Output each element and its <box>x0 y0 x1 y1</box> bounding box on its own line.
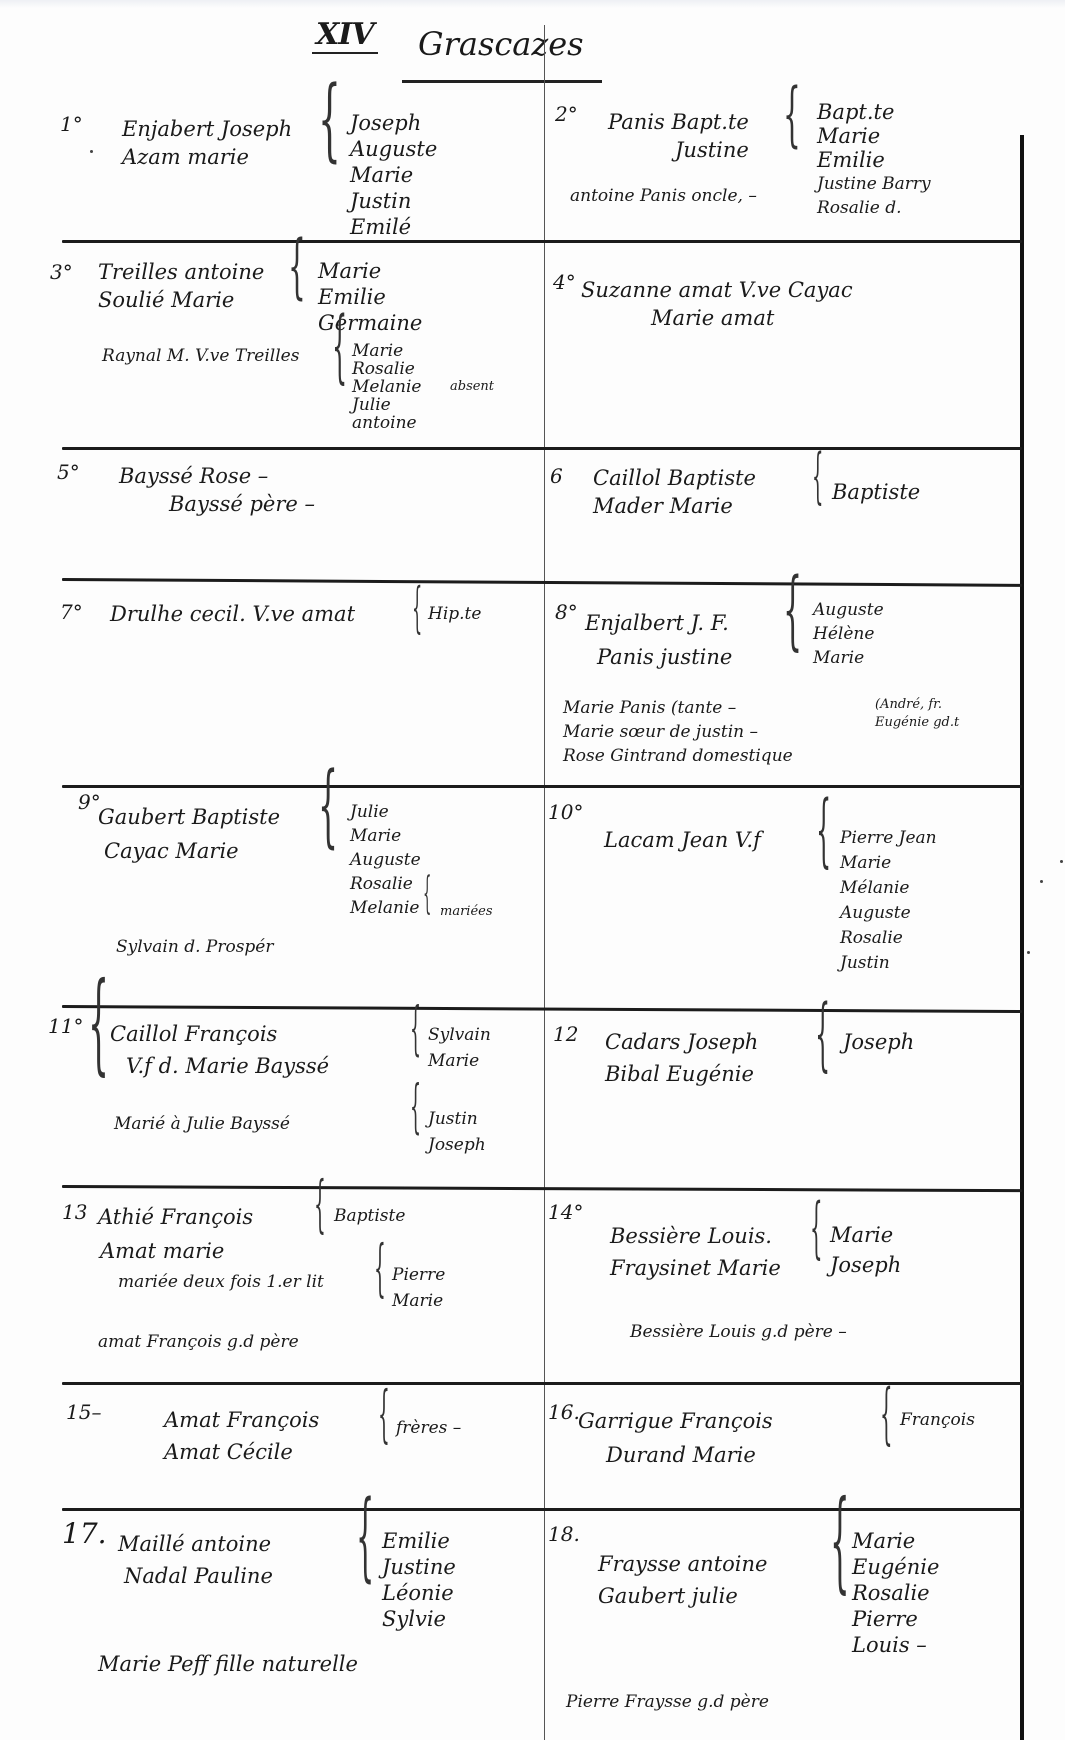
child-name: Marie <box>817 124 931 148</box>
household-entry-11: 11° { Caillol François V.f d. Marie Bays… <box>48 1012 540 1182</box>
parent-name: Bayssé père – <box>119 490 315 518</box>
child-name: Marie <box>318 258 422 284</box>
child-name: Hip.te <box>428 600 481 628</box>
children: Pierre Jean Marie Mélanie Auguste Rosali… <box>840 826 937 976</box>
parents: Lacam Jean V.f <box>604 826 761 854</box>
parent-name: Enjalbert J. F. <box>585 606 732 640</box>
second-children: Marie Rosalie Melanie Julie antoine <box>352 342 422 432</box>
parent-name: Athié François <box>98 1200 253 1234</box>
brace-icon: { <box>423 880 431 908</box>
child-name: Rosalie <box>352 360 422 378</box>
child-name: Marie <box>428 1048 491 1074</box>
household-entry-9: 9° Gaubert Baptiste Cayac Marie { Julie … <box>78 788 540 1000</box>
child-name: Rosalie <box>852 1580 939 1606</box>
entry-number: 4° <box>553 268 576 296</box>
child-name: Justine Barry <box>817 172 931 196</box>
parent-name: Amat Cécile <box>164 1436 319 1468</box>
child-name: Emilie <box>817 148 931 172</box>
scan-speck <box>1040 880 1043 883</box>
household-entry-1: 1° Enjabert Joseph Azam marie { Joseph A… <box>60 110 540 240</box>
children: François <box>900 1406 975 1434</box>
child-name: Joseph <box>830 1250 901 1280</box>
scan-speck <box>1060 860 1063 863</box>
brace-icon: { <box>816 816 831 844</box>
household-note: Pierre Fraysse g.d père <box>566 1688 769 1716</box>
child-name: Marie <box>352 342 422 360</box>
entry-number: 13 <box>62 1198 87 1226</box>
household-note: mariée deux fois 1.er lit <box>118 1268 324 1296</box>
child-name: François <box>900 1406 975 1434</box>
parent-name: Cadars Joseph <box>605 1026 758 1058</box>
children: Auguste Hélène Marie <box>813 598 884 670</box>
parents: Treilles antoine Soulié Marie <box>98 258 264 314</box>
child-name: Joseph <box>843 1028 914 1056</box>
child-name: Léonie <box>382 1580 456 1606</box>
parents: Suzanne amat V.ve Cayac Marie amat <box>581 276 853 332</box>
child-name: Marie <box>392 1288 445 1314</box>
children: Marie Eugénie Rosalie Pierre Louis – <box>852 1528 939 1658</box>
parents: Caillol Baptiste Mader Marie <box>593 464 756 520</box>
parent-name: Suzanne amat V.ve Cayac <box>581 276 853 304</box>
brace-icon: { <box>810 1214 823 1242</box>
parent-name: Bibal Eugénie <box>605 1058 758 1090</box>
child-name: frères – <box>396 1414 461 1442</box>
parent-name: Drulhe cecil. V.ve amat <box>110 600 355 628</box>
side-note: mariées <box>440 898 493 926</box>
child-name: Julie <box>352 396 422 414</box>
parent-name: Mader Marie <box>593 492 756 520</box>
row-divider <box>62 447 1022 450</box>
brace-icon: { <box>830 1526 850 1554</box>
children: Bapt.te Marie Emilie Justine Barry Rosal… <box>817 100 931 220</box>
child-name: Pierre <box>392 1262 445 1288</box>
household-entry-3: 3° Treilles antoine Soulié Marie { Marie… <box>50 258 540 443</box>
household-entry-7: 7° Drulhe cecil. V.ve amat { Hip.te <box>60 598 540 778</box>
register-page: XIV Grascazes 1° Enjabert Joseph Azam ma… <box>0 0 1065 1740</box>
entry-number: 7° <box>60 598 83 626</box>
note-line: (André, fr. <box>875 696 959 714</box>
household-notes: Marie Panis (tante – Marie sœur de justi… <box>563 696 793 768</box>
entry-number: 17. <box>62 1520 107 1548</box>
title-underline <box>402 80 602 83</box>
household-entry-5: 5° Bayssé Rose – Bayssé père – <box>57 458 537 573</box>
brace-icon: { <box>356 1522 374 1550</box>
parent-name: V.f d. Marie Bayssé <box>110 1050 329 1082</box>
child-name: Melanie <box>352 378 422 396</box>
household-entry-14: 14° Bessière Louis. Fraysinet Marie { Ma… <box>548 1198 1018 1378</box>
household-entry-4: 4° Suzanne amat V.ve Cayac Marie amat <box>553 268 1018 443</box>
household-entry-13: 13 Athié François Amat marie { Baptiste … <box>62 1198 540 1378</box>
brace-icon: { <box>812 462 823 490</box>
row-divider <box>62 1185 1022 1192</box>
entry-number: 11° <box>48 1012 83 1040</box>
child-name: Marie <box>813 646 884 670</box>
child-name: Auguste <box>350 136 437 162</box>
parents: Drulhe cecil. V.ve amat <box>110 600 355 628</box>
parents: Panis Bapt.te Justine <box>605 108 749 164</box>
brace-icon: { <box>314 1190 326 1218</box>
child-name: Sylvain <box>428 1022 491 1048</box>
parent-name: Caillol Baptiste <box>593 464 756 492</box>
child-name: Justin <box>428 1106 486 1132</box>
children: Baptiste <box>832 478 920 506</box>
child-name: Rosalie <box>350 872 421 896</box>
household-note: Raynal M. V.ve Treilles <box>102 342 299 370</box>
entry-number: 1° <box>60 110 83 138</box>
child-name: Baptiste <box>334 1202 405 1230</box>
household-note: Bessière Louis g.d père – <box>630 1318 847 1346</box>
brace-icon: { <box>815 1020 830 1048</box>
child-name: Emilie <box>382 1528 456 1554</box>
parent-name: Azam marie <box>122 143 292 171</box>
parent-name: Garrigue François <box>578 1404 773 1438</box>
note-line: Marie Panis (tante – <box>563 696 793 720</box>
children: Julie Marie Auguste Rosalie Melanie <box>350 800 421 920</box>
parents: Bayssé Rose – Bayssé père – <box>119 462 315 518</box>
brace-icon: { <box>318 792 338 820</box>
child-name: Joseph <box>428 1132 486 1158</box>
parent-name: Treilles antoine <box>98 258 264 286</box>
scan-speck <box>90 150 93 153</box>
scan-speck <box>1027 951 1030 954</box>
entry-number: 5° <box>57 458 80 486</box>
child-name: Pierre <box>852 1606 939 1632</box>
parents: Athié François Amat marie <box>98 1200 253 1268</box>
parent-name: Durand Marie <box>578 1438 773 1472</box>
row-divider <box>62 578 1022 587</box>
children: Joseph <box>843 1028 914 1056</box>
parent-name: Caillol François <box>110 1018 329 1050</box>
child-name: Marie <box>852 1528 939 1554</box>
child-name: Marie <box>350 162 437 188</box>
child-name: Baptiste <box>832 478 920 506</box>
parent-name: Fraysse antoine <box>598 1548 767 1580</box>
child-name: Bapt.te <box>817 100 931 124</box>
entry-number: 12 <box>553 1020 578 1048</box>
note-line: Eugénie gd.t <box>875 714 959 732</box>
parents: Amat François Amat Cécile <box>164 1404 319 1468</box>
right-border <box>1020 135 1024 1740</box>
child-name: Joseph <box>350 110 437 136</box>
entry-number: 18. <box>548 1520 580 1548</box>
child-name: Eugénie <box>852 1554 939 1580</box>
child-name: Marie <box>840 851 937 876</box>
row-divider <box>62 1508 1022 1511</box>
brace-icon: { <box>288 252 306 280</box>
parent-name: Marie amat <box>581 304 853 332</box>
brace-icon: { <box>783 596 802 624</box>
child-name: Emilé <box>350 214 437 240</box>
household-entry-2: 2° Panis Bapt.te Justine { Bapt.te Marie… <box>555 100 1020 240</box>
parents: Garrigue François Durand Marie <box>578 1404 773 1472</box>
parent-name: Gaubert julie <box>598 1580 767 1612</box>
child-name: Auguste <box>813 598 884 622</box>
household-note: amat François g.d père <box>98 1328 299 1356</box>
parent-name: Panis justine <box>585 640 732 674</box>
children: Sylvain Marie <box>428 1022 491 1074</box>
household-entry-18: 18. Fraysse antoine Gaubert julie { Mari… <box>548 1520 1018 1735</box>
household-entry-15: 15– Amat François Amat Cécile { frères – <box>66 1398 540 1503</box>
parents: Maillé antoine Nadal Pauline <box>118 1528 273 1592</box>
child-name: Louis – <box>852 1632 939 1658</box>
child-name: Justin <box>350 188 437 214</box>
second-children: Pierre Marie <box>392 1262 445 1314</box>
brace-icon: { <box>783 100 801 128</box>
child-name: Rosalie <box>840 926 937 951</box>
place-title: Grascazes <box>418 24 584 64</box>
child-name: antoine <box>352 414 422 432</box>
brace-icon: { <box>880 1400 893 1428</box>
parent-name: Justine <box>605 136 749 164</box>
brace-icon: { <box>88 1008 109 1036</box>
row-divider <box>62 240 1022 243</box>
household-entry-8: 8° Enjalbert J. F. Panis justine { Augus… <box>555 598 1020 783</box>
side-note: (André, fr. Eugénie gd.t <box>875 696 959 732</box>
entry-number: 10° <box>548 798 583 826</box>
parent-name: Maillé antoine <box>118 1528 273 1560</box>
entry-number: 14° <box>548 1198 583 1226</box>
row-divider <box>62 1382 1022 1385</box>
household-entry-12: 12 Cadars Joseph Bibal Eugénie { Joseph <box>553 1020 1018 1180</box>
child-name: Justin <box>840 951 937 976</box>
brace-icon: { <box>410 1092 421 1120</box>
children: Marie Joseph <box>830 1220 901 1280</box>
child-name: Rosalie d. <box>817 196 931 220</box>
entry-number: 6 <box>550 462 563 490</box>
brace-icon: { <box>410 1014 421 1042</box>
absent-note: absent <box>450 373 494 401</box>
note-line: Marie sœur de justin – <box>563 720 793 744</box>
parent-name: Enjabert Joseph <box>122 115 292 143</box>
parent-name: Bessière Louis. <box>610 1220 781 1252</box>
parent-name: Amat François <box>164 1404 319 1436</box>
entry-number: 8° <box>555 598 578 626</box>
child-name: Hélène <box>813 622 884 646</box>
household-note: Marié à Julie Bayssé <box>114 1110 290 1138</box>
parent-name: Nadal Pauline <box>118 1560 273 1592</box>
parents: Enjalbert J. F. Panis justine <box>585 606 732 674</box>
household-entry-16: 16. Garrigue François Durand Marie { Fra… <box>548 1398 1018 1503</box>
parents: Bessière Louis. Fraysinet Marie <box>610 1220 781 1284</box>
child-name: Auguste <box>840 901 937 926</box>
note-line: Rose Gintrand domestique <box>563 744 793 768</box>
child-name: Auguste <box>350 848 421 872</box>
parent-name: Bayssé Rose – <box>119 462 315 490</box>
children: Baptiste <box>334 1202 405 1230</box>
entry-number: 16. <box>548 1398 580 1426</box>
section-numeral: XIV <box>312 20 378 54</box>
parent-name: Lacam Jean V.f <box>604 826 761 854</box>
children: Hip.te <box>428 600 481 628</box>
child-name: Mélanie <box>840 876 937 901</box>
brace-icon: { <box>374 1254 386 1282</box>
entry-number: 15– <box>66 1398 101 1426</box>
parent-name: Panis Bapt.te <box>605 108 749 136</box>
brace-icon: { <box>378 1400 390 1428</box>
parents: Cadars Joseph Bibal Eugénie <box>605 1026 758 1090</box>
household-note: Marie Peff fille naturelle <box>98 1650 358 1678</box>
child-name: Justine <box>382 1554 456 1580</box>
parent-name: Gaubert Baptiste <box>98 800 280 834</box>
parents: Gaubert Baptiste Cayac Marie <box>98 800 280 868</box>
entry-number: 2° <box>555 100 578 128</box>
parent-name: Cayac Marie <box>98 834 280 868</box>
brace-icon: { <box>332 332 347 360</box>
child-name: Melanie <box>350 896 421 920</box>
children: frères – <box>396 1414 461 1442</box>
parent-name: Fraysinet Marie <box>610 1252 781 1284</box>
child-name: Marie <box>350 824 421 848</box>
child-name: Julie <box>350 800 421 824</box>
child-name: Pierre Jean <box>840 826 937 851</box>
entry-number: 3° <box>50 258 73 286</box>
child-name: Sylvie <box>382 1606 456 1632</box>
parents: Enjabert Joseph Azam marie <box>122 115 292 171</box>
column-divider <box>544 25 545 1740</box>
household-note: Sylvain d. Prospér <box>116 933 274 961</box>
brace-icon: { <box>412 594 422 622</box>
parent-name: Amat marie <box>98 1234 253 1268</box>
child-name: Marie <box>830 1220 901 1250</box>
parents: Caillol François V.f d. Marie Bayssé <box>110 1018 329 1082</box>
second-children: Justin Joseph <box>428 1106 486 1158</box>
scan-edge <box>0 0 1065 8</box>
parent-name: Soulié Marie <box>98 286 264 314</box>
household-entry-10: 10° Lacam Jean V.f { Pierre Jean Marie M… <box>548 798 1018 1003</box>
children: Joseph Auguste Marie Justin Emilé <box>350 110 437 240</box>
children: Emilie Justine Léonie Sylvie <box>382 1528 456 1632</box>
household-note: antoine Panis oncle, – <box>570 182 757 210</box>
household-entry-17: 17. Maillé antoine Nadal Pauline { Emili… <box>62 1520 540 1735</box>
brace-icon: { <box>318 106 341 134</box>
parents: Fraysse antoine Gaubert julie <box>598 1548 767 1612</box>
